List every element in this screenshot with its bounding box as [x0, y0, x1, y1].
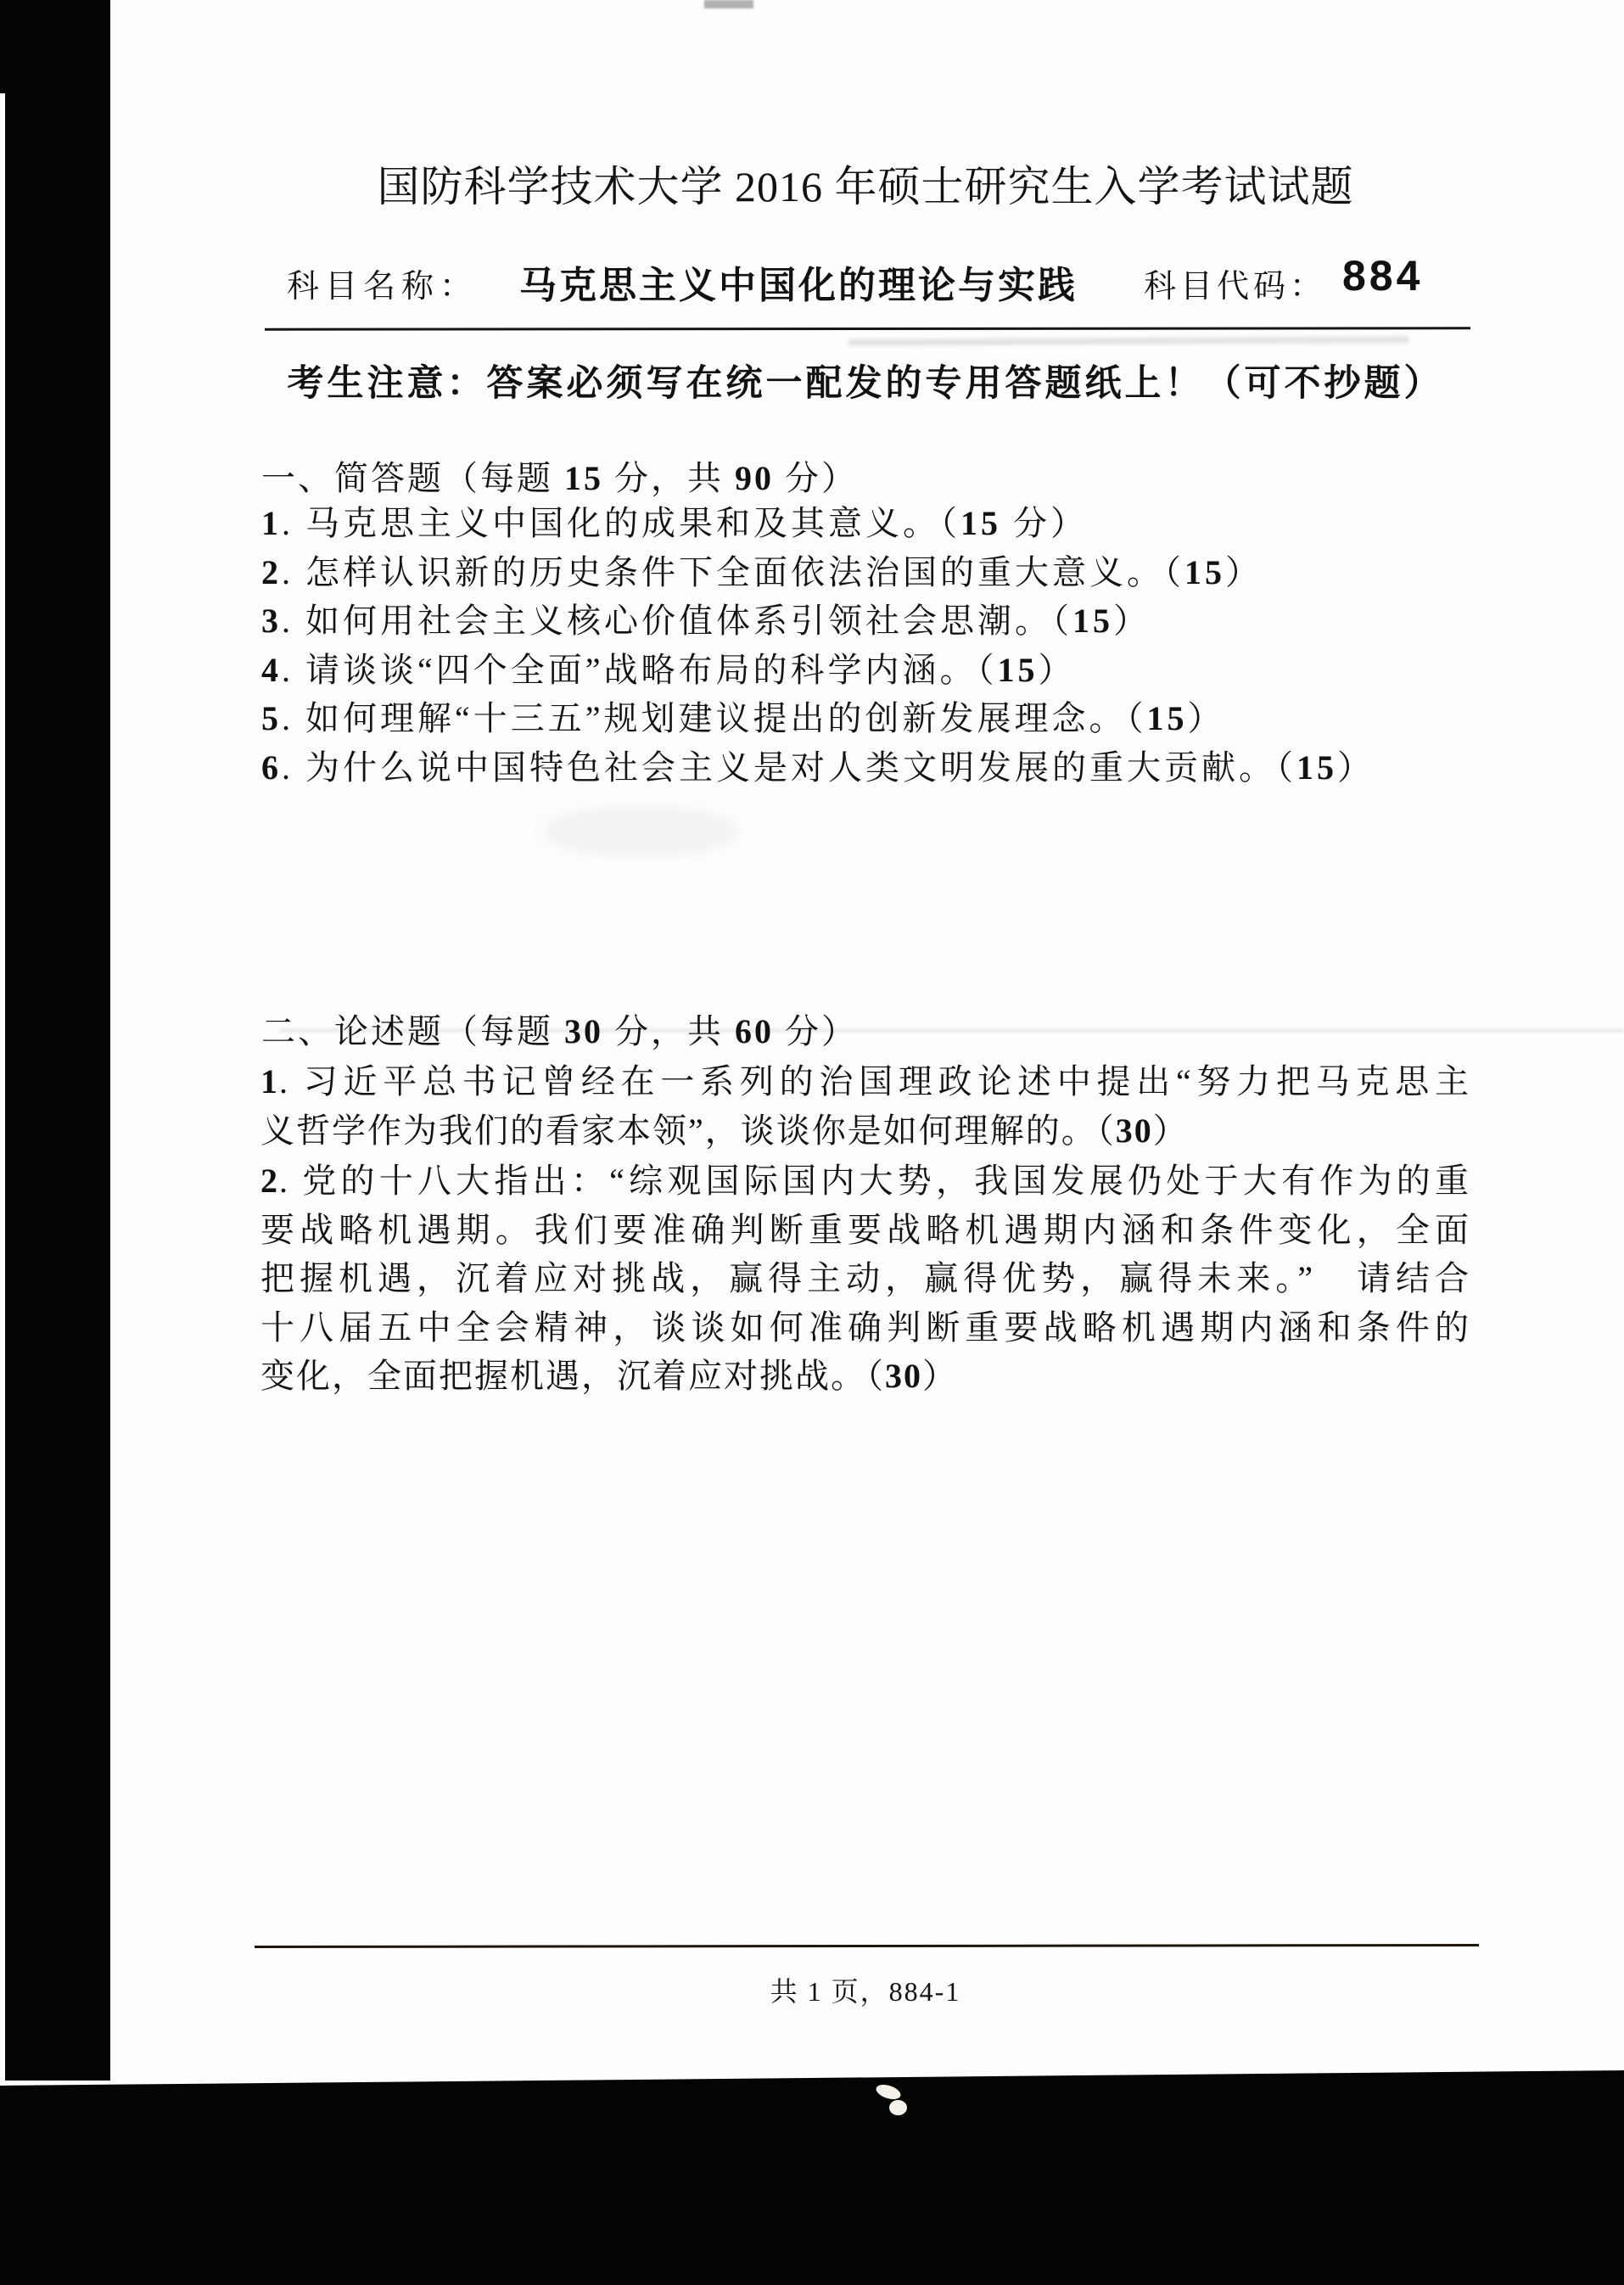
essay-line: 2. 党的十八大指出：“综观国际国内大势，我国发展仍处于大有作为的重	[260, 1157, 1470, 1206]
candidate-notice: 考生注意：答案必须写在统一配发的专用答题纸上！（可不抄题）	[260, 355, 1470, 406]
section1-heading: 一、简答题（每题 15 分，共 90 分）	[261, 451, 858, 500]
page-footer: 共 1 页，884-1	[260, 1970, 1470, 2009]
essay-line: 把握机遇，沉着应对挑战，赢得主动，赢得优势，赢得未来。” 请结合	[260, 1254, 1470, 1303]
short-answer-list: 1. 马克思主义中国化的成果和及其意义。（15 分） 2. 怎样认识新的历史条件…	[261, 499, 1483, 792]
scan-speck	[889, 2100, 907, 2115]
section2-heading: 二、论述题（每题 30 分，共 60 分）	[261, 1005, 858, 1053]
essay-question-1: 1. 习近平总书记曾经在一系列的治国理政论述中提出“努力把马克思主 义哲学作为我…	[260, 1057, 1470, 1155]
question-item: 3. 如何用社会主义核心价值体系引领社会思潮。（15）	[261, 596, 1483, 646]
question-item: 5. 如何理解“十三五”规划建议提出的创新发展理念。（15）	[261, 694, 1483, 743]
scan-artifact-left-edge	[0, 0, 8, 93]
subject-code-label: 科目代码：	[1144, 260, 1326, 306]
footer-rule	[255, 1944, 1479, 1948]
question-item: 2. 怎样认识新的历史条件下全面依法治国的重大意义。（15）	[261, 548, 1483, 597]
scan-smudge	[704, 0, 753, 8]
subject-name-label: 科目名称：	[287, 260, 478, 306]
question-item: 6. 为什么说中国特色社会主义是对人类文明发展的重大贡献。（15）	[261, 743, 1483, 792]
essay-line: 要战略机遇期。我们要准确判断重要战略机遇期内涵和条件变化，全面	[260, 1206, 1470, 1255]
scan-smudge	[848, 336, 1408, 345]
scan-smudge	[543, 806, 738, 857]
header-rule	[265, 327, 1470, 330]
subject-row: 科目名称： 马克思主义中国化的理论与实践 科目代码： 884	[0, 251, 1624, 311]
exam-title: 国防科学技术大学 2016 年硕士研究生入学考试试题	[260, 161, 1470, 212]
essay-line: 变化，全面把握机遇，沉着应对挑战。（30）	[260, 1352, 1470, 1401]
scan-artifact-left-bar	[5, 0, 110, 2081]
essay-line: 义哲学作为我们的看家本领”，谈谈你是如何理解的。（30）	[260, 1106, 1470, 1156]
subject-name-value: 马克思主义中国化的理论与实践	[519, 255, 1078, 309]
essay-line: 1. 习近平总书记曾经在一系列的治国理政论述中提出“努力把马克思主	[260, 1057, 1470, 1106]
subject-code-value: 884	[1342, 251, 1423, 300]
scanned-exam-page: 国防科学技术大学 2016 年硕士研究生入学考试试题 科目名称： 马克思主义中国…	[0, 0, 1624, 2285]
question-item: 4. 请谈谈“四个全面”战略布局的科学内涵。（15）	[261, 646, 1483, 695]
scan-artifact-bottom	[0, 2070, 1624, 2285]
question-item: 1. 马克思主义中国化的成果和及其意义。（15 分）	[261, 499, 1483, 548]
essay-line: 十八届五中全会精神，谈谈如何准确判断重要战略机遇期内涵和条件的	[260, 1303, 1470, 1353]
essay-question-2: 2. 党的十八大指出：“综观国际国内大势，我国发展仍处于大有作为的重 要战略机遇…	[260, 1157, 1470, 1401]
